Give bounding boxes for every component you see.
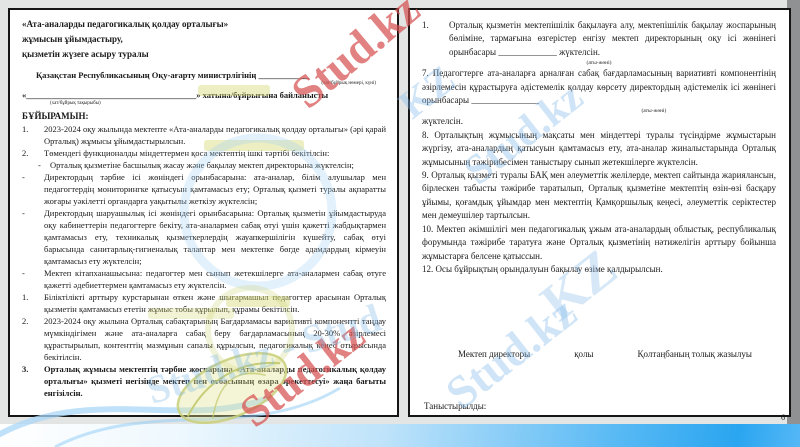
order-item-marker: 3. [22, 363, 44, 399]
doc-title-line-1: «Ата-аналарды педагогикалық қолдау ортал… [22, 17, 386, 32]
order-item-text: 12. Осы бұйрықтың орындалуын бақылау өзі… [422, 263, 776, 276]
order-item-marker: 2. [22, 147, 44, 159]
signature-sign-label: қолы [574, 348, 593, 361]
order-item: (аты-жөні) [422, 107, 776, 115]
doc-title-line-2: жұмысын ұйымдастыру, [22, 32, 386, 47]
order-item: - Директордың шаруашылық ісі жөніндегі о… [22, 207, 386, 267]
order-items-list: 1. 2023-2024 оқу жылында мектепте «Ата-а… [22, 123, 386, 399]
order-item: 12. Осы бұйрықтың орындалуын бақылау өзі… [422, 263, 776, 276]
order-item: 7. Педагогтерге ата-аналарға арналған са… [422, 67, 776, 107]
page-number: 6 [781, 413, 785, 422]
order-item: 8. Орталықтың жұмысының мақсаты мен мінд… [422, 129, 776, 169]
order-item: 1. Біліктілікті арттыру курстарынан өтке… [22, 291, 386, 315]
order-item: - Орталық қызметіне басшылық жасау және … [22, 159, 386, 171]
order-item-text: Орталық қызметіне басшылық жасау және ба… [50, 159, 386, 171]
order-item-text: (аты-жөні) [422, 107, 776, 115]
order-item: (аты-жөні) [422, 59, 776, 67]
signature-fullname-label: Қолтаңбаның толық жазылуы [638, 348, 752, 361]
acknowledged-label: Таныстырылды: [422, 400, 776, 413]
order-item-text: 8. Орталықтың жұмысының мақсаты мен мінд… [422, 129, 776, 169]
order-item-text: 9. Орталық қызметі туралы БАҚ мен әлеуме… [422, 169, 776, 223]
order-item-marker: - [22, 267, 44, 291]
order-item-text: 2023-2024 оқу жылында мектепте «Ата-анал… [44, 123, 386, 147]
order-item-text: 7. Педагогтерге ата-аналарға арналған са… [422, 67, 776, 107]
order-item-marker: - [22, 171, 44, 207]
order-item-text: 2023-2024 оқу жылына Орталық сабақтарыны… [44, 315, 386, 363]
signature-row: Мектеп директоры қолы Қолтаңбаның толық … [422, 348, 776, 361]
order-item: жүктелсін. [422, 115, 776, 128]
order-item: 3. Орталық жұмысы мектептің тәрбие жоспа… [22, 363, 386, 399]
order-item-text: жүктелсін. [422, 115, 776, 128]
order-item: - Директордың тәрбие ісі жөніндегі орынб… [22, 171, 386, 207]
order-items-continued: 1. Орталық қызметін мектепішілік бақылау… [422, 19, 776, 276]
order-item-text: Директордың шаруашылық ісі жөніндегі оры… [44, 207, 386, 267]
order-item-text: Төмендегі функционалды міндеттермен қоса… [44, 147, 386, 159]
document-page-left: «Ата-аналарды педагогикалық қолдау ортал… [8, 8, 399, 417]
order-item-text: Біліктілікті арттыру курстарынан өткен ж… [44, 291, 386, 315]
ministry-reference-line: Қазақстан Республикасының Оқу-ағарту мин… [22, 69, 386, 81]
doc-title-line-3: қызметін жүзеге асыру туралы [22, 47, 386, 62]
footer-blue-bar [0, 424, 800, 447]
document-page-right: 1. Орталық қызметін мектепішілік бақылау… [408, 8, 791, 417]
document-scan-view: «Ата-аналарды педагогикалық қолдау ортал… [0, 0, 800, 447]
order-item-marker: 1. [422, 19, 449, 59]
order-item: 9. Орталық қызметі туралы БАҚ мен әлеуме… [422, 169, 776, 223]
order-item: - Мектеп кітапханашысына: педагогтер мен… [22, 267, 386, 291]
order-item-marker: - [22, 207, 44, 267]
ministry-blank-note: (хат/бұйрық нөмері, күні) [22, 81, 386, 87]
order-item: 1. Орталық қызметін мектепішілік бақылау… [422, 19, 776, 59]
order-item-text: (аты-жөні) [422, 59, 776, 67]
order-item-text: Орталық қызметін мектепішілік бақылауға … [449, 19, 776, 59]
order-item: 2. 2023-2024 оқу жылына Орталық сабақтар… [22, 315, 386, 363]
order-item: 1. 2023-2024 оқу жылында мектепте «Ата-а… [22, 123, 386, 147]
letter-reference-line: «_______________________________________… [22, 89, 386, 101]
order-item-marker: 1. [22, 123, 44, 147]
order-item-text: Мектеп кітапханашысына: педагогтер мен с… [44, 267, 386, 291]
order-item-text: Директордың тәрбие ісі жөніндегі орынбас… [44, 171, 386, 207]
order-item-marker: 1. [22, 291, 44, 315]
order-item-text: 10. Мектеп әкімшілігі мен педагогикалық … [422, 223, 776, 263]
order-item: 10. Мектеп әкімшілігі мен педагогикалық … [422, 223, 776, 263]
signature-director-label: Мектеп директоры [458, 348, 530, 361]
order-item-marker: 2. [22, 315, 44, 363]
letter-blank-note: (хат/бұйрық тақырыбы) [22, 101, 386, 107]
order-item-marker: - [38, 159, 50, 171]
order-item-text: Орталық жұмысы мектептің тәрбие жоспарын… [44, 363, 386, 399]
order-item: 2. Төмендегі функционалды міндеттермен қ… [22, 147, 386, 159]
order-heading: БҰЙЫРАМЫН: [22, 110, 386, 123]
